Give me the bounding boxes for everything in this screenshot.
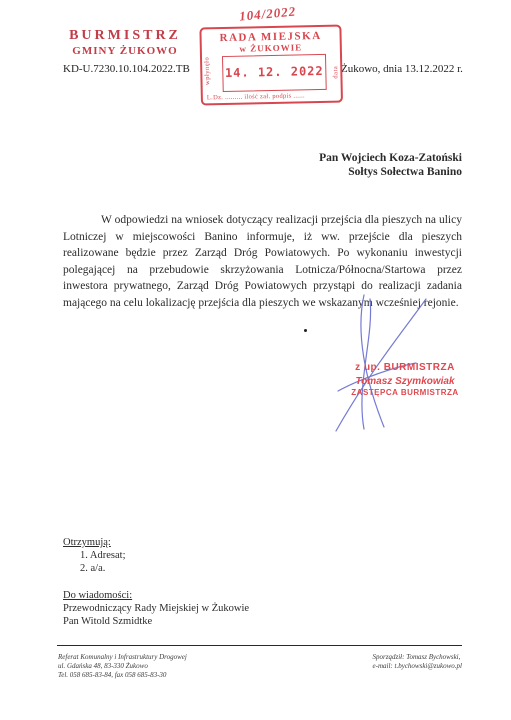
footer-email: e-mail: t.bychowski@zukowo.pl	[373, 662, 462, 671]
cc-heading: Do wiadomości:	[63, 589, 249, 602]
footer-address: ul. Gdańska 48, 83-330 Żukowo	[58, 662, 187, 671]
footer-divider	[57, 645, 462, 646]
signature-stamp: z up. BURMISTRZA Tomasz Szymkowiak ZASTĘ…	[330, 362, 480, 397]
distribution-heading: Otrzymują:	[63, 536, 126, 549]
stamp-received-label: wpłynęło	[204, 57, 212, 85]
cc-line: Przewodniczący Rady Miejskiej w Żukowie	[63, 602, 249, 615]
signatory-title: ZASTĘPCA BURMISTRZA	[330, 388, 480, 397]
cc-block: Do wiadomości: Przewodniczący Rady Miejs…	[63, 589, 249, 628]
case-reference-number: KD-U.7230.10.104.2022.TB	[63, 63, 190, 75]
cc-line: Pan Witold Szmidtke	[63, 615, 249, 628]
scanned-letter-page: BURMISTRZ GMINY ŻUKOWO KD-U.7230.10.104.…	[0, 0, 511, 720]
footer-prepared-by: Sporządził: Tomasz Bychowski,	[373, 653, 462, 662]
sender-name: BURMISTRZ	[60, 28, 190, 44]
sender-letterhead: BURMISTRZ GMINY ŻUKOWO	[60, 28, 190, 57]
sender-municipality: GMINY ŻUKOWO	[60, 45, 190, 57]
distribution-list: Otrzymują: 1. Adresat; 2. a/a.	[63, 536, 126, 575]
place-and-date: Żukowo, dnia 13.12.2022 r.	[341, 63, 463, 75]
footer-department-info: Referat Komunalny i Infrastruktury Drogo…	[58, 653, 187, 680]
recipient-title: Sołtys Sołectwa Banino	[280, 165, 462, 179]
signature-authorization: z up. BURMISTRZA	[330, 362, 480, 373]
recipient-block: Pan Wojciech Koza-Zatoński Sołtys Sołect…	[280, 151, 462, 179]
stamp-outer-box: RADA MIEJSKA w ŻUKOWIE wpłynęło 14. 12. …	[199, 25, 343, 106]
stamp-date-label: data	[332, 66, 339, 79]
signatory-name: Tomasz Szymkowiak	[330, 376, 480, 387]
intake-stamp: 104/2022 RADA MIEJSKA w ŻUKOWIE wpłynęło…	[197, 4, 349, 107]
stamp-council-city: w ŻUKOWIE	[202, 42, 340, 55]
recipient-name: Pan Wojciech Koza-Zatoński	[280, 151, 462, 165]
distribution-item: 2. a/a.	[63, 562, 126, 575]
stamp-date: 14. 12. 2022	[223, 64, 325, 80]
stamp-registry-line: L.Dz. ......... ilość zał. podpis ......	[207, 92, 345, 102]
footer-phone: Tel. 058 685-83-84, fax 058 685-83-30	[58, 671, 187, 680]
stamp-handwritten-number: 104/2022	[239, 4, 297, 25]
footer-author-info: Sporządził: Tomasz Bychowski, e-mail: t.…	[373, 653, 462, 671]
footer-department: Referat Komunalny i Infrastruktury Drogo…	[58, 653, 187, 662]
stamp-date-box: 14. 12. 2022	[222, 54, 327, 92]
distribution-item: 1. Adresat;	[63, 549, 126, 562]
